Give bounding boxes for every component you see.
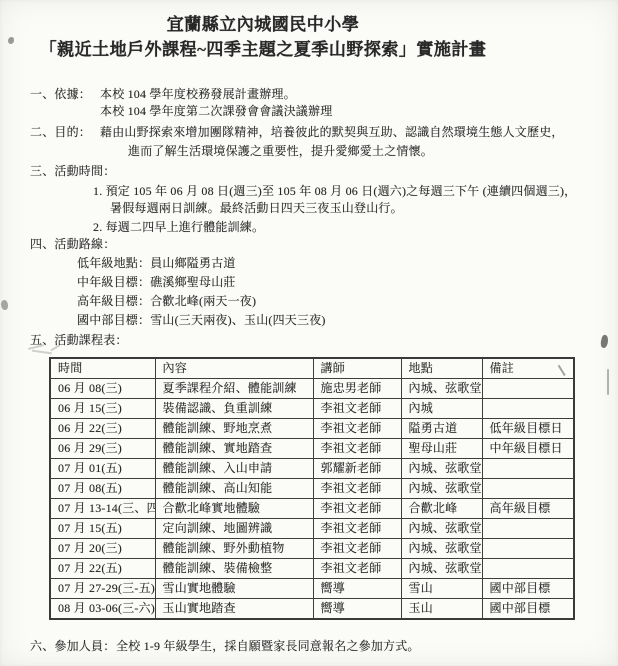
table-cell: 體能訓練、裝備檢整 bbox=[155, 559, 313, 579]
header-row: 時間 內容 講師 地點 備註 bbox=[50, 358, 574, 379]
section6-line1: 全校 1-9 年級學生，採自願暨家長同意報名之參加方式。 bbox=[116, 639, 420, 653]
table-cell: 國中部目標 bbox=[482, 579, 574, 599]
table-cell bbox=[482, 519, 574, 539]
table-cell: 內城 bbox=[401, 399, 482, 419]
scan-artifact-speck bbox=[1, 300, 8, 310]
column-header-note: 備註 bbox=[482, 358, 574, 379]
table-cell: 內城、弦歌堂 bbox=[401, 379, 482, 399]
table-cell: 郭耀新老師 bbox=[313, 459, 401, 479]
table-cell: 06 月 22(三) bbox=[50, 419, 155, 439]
table-cell: 06 月 15(三) bbox=[50, 399, 155, 419]
table-cell: 國中部目標 bbox=[482, 599, 574, 620]
table-cell: 07 月 01(五) bbox=[50, 459, 155, 479]
table-row: 07 月 27-29(三-五)雪山實地體驗嚮導雪山國中部目標 bbox=[50, 579, 574, 599]
table-cell: 內城、弦歌堂 bbox=[401, 539, 482, 559]
table-cell: 定向訓練、地圖辨識 bbox=[155, 519, 313, 539]
section2-line2: 進而了解生活環境保護之重要性，提升愛鄉愛土之情懷。 bbox=[128, 144, 433, 158]
table-cell: 李祖文老師 bbox=[313, 499, 401, 519]
schedule-table-header: 時間 內容 講師 地點 備註 bbox=[50, 358, 574, 379]
section3-label: 三、活動時間： bbox=[30, 164, 115, 178]
scan-artifact-pen-line bbox=[607, 369, 609, 395]
table-cell: 內城、弦歌堂 bbox=[401, 559, 482, 579]
table-cell: 08 月 03-06(三-六) bbox=[50, 599, 155, 620]
table-cell: 體能訓練、野地烹煮 bbox=[155, 419, 313, 439]
table-cell: 合歡北峰實地體驗 bbox=[155, 499, 313, 519]
table-cell: 施忠男老師 bbox=[313, 379, 401, 399]
table-cell: 合歡北峰 bbox=[401, 499, 482, 519]
table-cell: 夏季課程介紹、體能訓練 bbox=[155, 379, 313, 399]
section3-item1-line1: 1. 預定 105 年 06 月 08 日(週三)至 105 年 08 月 06… bbox=[93, 184, 576, 198]
schedule-table-body: 06 月 08(三)夏季課程介紹、體能訓練施忠男老師內城、弦歌堂06 月 15(… bbox=[50, 379, 574, 620]
table-cell: 07 月 08(五) bbox=[50, 479, 155, 499]
section6-label: 六、參加人員： bbox=[30, 639, 115, 653]
section1-line2: 本校 104 學年度第二次課發會會議決議辦理 bbox=[100, 104, 332, 118]
table-cell: 嚮導 bbox=[313, 599, 401, 620]
table-cell: 07 月 15(五) bbox=[50, 519, 155, 539]
table-row: 07 月 08(五)體能訓練、高山知能李祖文老師內城、弦歌堂 bbox=[50, 479, 574, 499]
table-cell: 07 月 13-14(三、四) bbox=[50, 499, 155, 519]
table-row: 07 月 15(五)定向訓練、地圖辨識李祖文老師內城、弦歌堂 bbox=[50, 519, 574, 539]
table-cell: 內城、弦歌堂 bbox=[401, 519, 482, 539]
table-row: 07 月 13-14(三、四)合歡北峰實地體驗李祖文老師合歡北峰高年級目標 bbox=[50, 499, 574, 519]
table-cell: 06 月 08(三) bbox=[50, 379, 155, 399]
section4-item1: 低年級地點：員山鄉隘勇古道 bbox=[77, 256, 236, 270]
scanned-document-page: 宜蘭縣立內城國民中小學 「親近土地戶外課程~四季主題之夏季山野探索」實施計畫 一… bbox=[0, 0, 618, 666]
table-cell: 嚮導 bbox=[313, 579, 401, 599]
table-cell: 內城、弦歌堂 bbox=[401, 479, 482, 499]
table-row: 06 月 29(三)體能訓練、實地踏查李祖文老師聖母山莊中年級目標日 bbox=[50, 439, 574, 459]
table-cell: 06 月 29(三) bbox=[50, 439, 155, 459]
table-cell: 李祖文老師 bbox=[313, 479, 401, 499]
table-cell bbox=[482, 399, 574, 419]
table-cell: 李祖文老師 bbox=[313, 419, 401, 439]
section4-item4: 國中部目標：雪山(三天兩夜)、玉山(四天三夜) bbox=[77, 313, 326, 327]
table-cell: 體能訓練、野外動植物 bbox=[155, 539, 313, 559]
table-row: 06 月 15(三)裝備認識、負重訓練李祖文老師內城 bbox=[50, 399, 574, 419]
table-row: 06 月 22(三)體能訓練、野地烹煮李祖文老師隘勇古道低年級目標日 bbox=[50, 419, 574, 439]
table-cell: 體能訓練、實地踏查 bbox=[155, 439, 313, 459]
table-cell bbox=[482, 379, 574, 399]
table-cell: 中年級目標日 bbox=[482, 439, 574, 459]
table-cell: 體能訓練、高山知能 bbox=[155, 479, 313, 499]
table-cell: 李祖文老師 bbox=[313, 559, 401, 579]
section5-label: 五、活動課程表： bbox=[30, 333, 128, 347]
document-subtitle: 「親近土地戶外課程~四季主題之夏季山野探索」實施計畫 bbox=[0, 40, 526, 60]
table-cell: 玉山 bbox=[401, 599, 482, 620]
table-cell: 雪山實地體驗 bbox=[155, 579, 313, 599]
table-cell: 內城、弦歌堂 bbox=[401, 459, 482, 479]
table-cell: 玉山實地踏查 bbox=[155, 599, 313, 620]
table-cell bbox=[482, 479, 574, 499]
section4-label: 四、活動路線： bbox=[30, 237, 115, 251]
table-cell bbox=[482, 539, 574, 559]
section4-item2: 中年級目標：礁溪鄉聖母山莊 bbox=[77, 275, 236, 289]
table-cell: 隘勇古道 bbox=[401, 419, 482, 439]
table-cell: 07 月 27-29(三-五) bbox=[50, 579, 155, 599]
table-cell: 李祖文老師 bbox=[313, 519, 401, 539]
table-cell: 07 月 20(三) bbox=[50, 539, 155, 559]
section3-item2: 2. 每週二四早上進行體能訓練。 bbox=[93, 220, 264, 234]
column-header-teacher: 講師 bbox=[313, 358, 401, 379]
section2-label: 二、目的： bbox=[30, 125, 91, 139]
table-cell: 裝備認識、負重訓練 bbox=[155, 399, 313, 419]
column-header-content: 內容 bbox=[155, 358, 313, 379]
table-cell: 李祖文老師 bbox=[313, 399, 401, 419]
table-cell: 李祖文老師 bbox=[313, 539, 401, 559]
section1-line1: 本校 104 學年度校務發展計畫辦理。 bbox=[100, 87, 296, 101]
document-title: 宜蘭縣立內城國民中小學 bbox=[0, 15, 526, 35]
section2-line1: 藉由山野探索來增加團隊精神，培養彼此的默契與互助、認識自然環境生態人文歷史， bbox=[100, 125, 564, 139]
table-cell: 雪山 bbox=[401, 579, 482, 599]
table-row: 08 月 03-06(三-六)玉山實地踏查嚮導玉山國中部目標 bbox=[50, 599, 574, 620]
table-cell bbox=[482, 559, 574, 579]
schedule-table: 時間 內容 講師 地點 備註 06 月 08(三)夏季課程介紹、體能訓練施忠男老… bbox=[49, 357, 575, 620]
section4-item3: 高年級目標：合歡北峰(兩天一夜) bbox=[77, 294, 256, 308]
table-cell: 體能訓練、入山申請 bbox=[155, 459, 313, 479]
table-row: 07 月 22(五)體能訓練、裝備檢整李祖文老師內城、弦歌堂 bbox=[50, 559, 574, 579]
column-header-time: 時間 bbox=[50, 358, 155, 379]
scan-artifact-ink-mark bbox=[600, 334, 610, 348]
table-cell: 低年級目標日 bbox=[482, 419, 574, 439]
table-cell: 07 月 22(五) bbox=[50, 559, 155, 579]
column-header-place: 地點 bbox=[401, 358, 482, 379]
table-row: 06 月 08(三)夏季課程介紹、體能訓練施忠男老師內城、弦歌堂 bbox=[50, 379, 574, 399]
table-cell: 高年級目標 bbox=[482, 499, 574, 519]
table-cell: 聖母山莊 bbox=[401, 439, 482, 459]
table-row: 07 月 01(五)體能訓練、入山申請郭耀新老師內城、弦歌堂 bbox=[50, 459, 574, 479]
section1-label: 一、依據： bbox=[30, 87, 91, 101]
section3-item1-line2: 暑假每週兩日訓練。最終活動日四天三夜玉山登山行。 bbox=[110, 201, 403, 215]
table-row: 07 月 20(三)體能訓練、野外動植物李祖文老師內城、弦歌堂 bbox=[50, 539, 574, 559]
table-cell bbox=[482, 459, 574, 479]
table-cell: 李祖文老師 bbox=[313, 439, 401, 459]
